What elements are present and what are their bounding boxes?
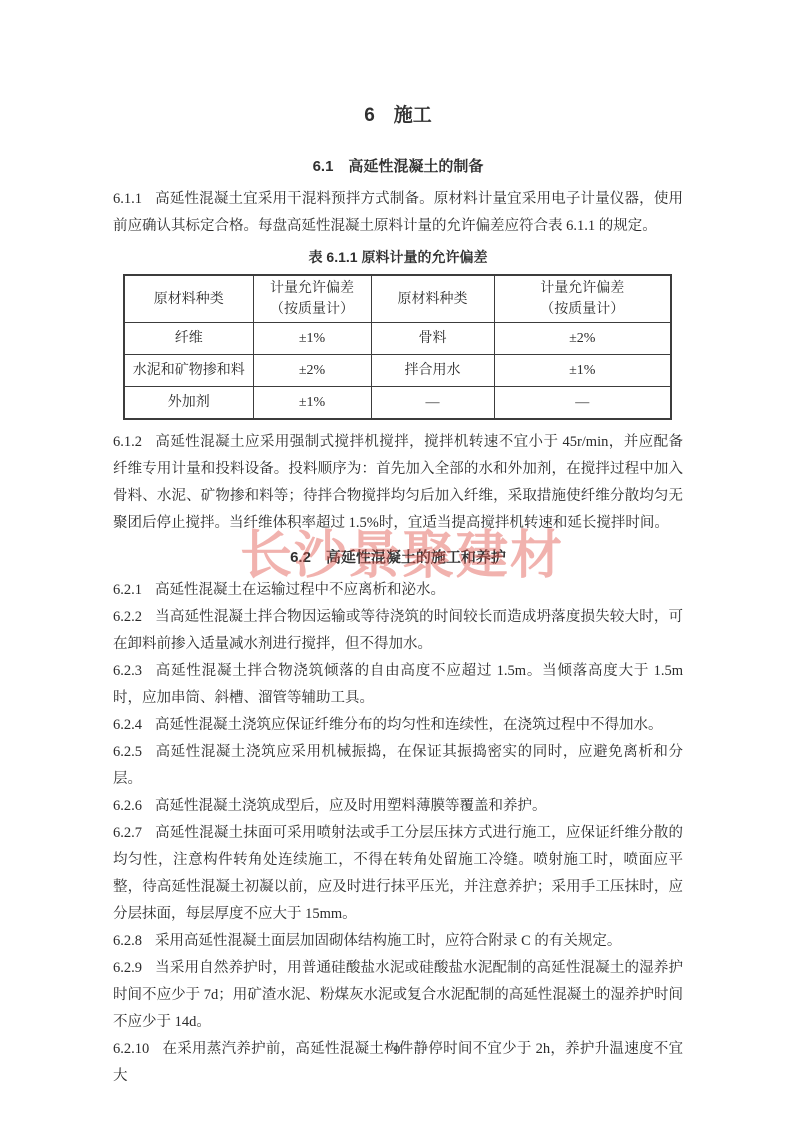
table-cell: —: [371, 387, 494, 420]
table-row: 纤维 ±1% 骨料 ±2%: [124, 323, 671, 355]
table-header-cell: 原材料种类: [371, 275, 494, 323]
table-cell: ±1%: [494, 355, 671, 387]
clause-6.2.7: 6.2.7高延性混凝土抹面可采用喷射法或手工分层压抹方式进行施工，应保证纤维分散…: [113, 820, 683, 928]
clause-number: 6.2.1: [113, 582, 142, 598]
clause-text: 高延性混凝土浇筑应采用机械振捣，在保证其振捣密实的同时，应避免离析和分层。: [113, 744, 683, 787]
table-cell: 拌合用水: [371, 355, 494, 387]
clause-text: 高延性混凝土应采用强制式搅拌机搅拌，搅拌机转速不宜小于 45r/min，并应配备…: [113, 434, 683, 531]
clause-number: 6.2.5: [113, 744, 142, 760]
section-heading-6.1: 6.1 高延性混凝土的制备: [113, 156, 683, 178]
section-heading-6.2: 6.2 高延性混凝土的施工和养护: [113, 547, 683, 569]
table-cell: 纤维: [124, 323, 253, 355]
clause-6.2.5: 6.2.5高延性混凝土浇筑应采用机械振捣，在保证其振捣密实的同时，应避免离析和分…: [113, 739, 683, 793]
document-page: 6 施工 6.1 高延性混凝土的制备 6.1.1高延性混凝土宜采用干混料预拌方式…: [0, 0, 794, 1123]
table-caption: 表 6.1.1 原料计量的允许偏差: [113, 247, 683, 267]
clause-text: 当采用自然养护时，用普通硅酸盐水泥或硅酸盐水泥配制的高延性混凝土的湿养护时间不应…: [113, 960, 683, 1030]
clause-text: 高延性混凝土浇筑成型后，应及时用塑料薄膜等覆盖和养护。: [155, 798, 547, 814]
clause-6.2.8: 6.2.8采用高延性混凝土面层加固砌体结构施工时，应符合附录 C 的有关规定。: [113, 928, 683, 955]
clause-6.2.1: 6.2.1高延性混凝土在运输过程中不应离析和泌水。: [113, 577, 683, 604]
page-number: 9: [0, 1042, 794, 1058]
table-cell: ±2%: [494, 323, 671, 355]
clause-text: 高延性混凝土抹面可采用喷射法或手工分层压抹方式进行施工，应保证纤维分散的均匀性，…: [113, 825, 683, 922]
table-6.1.1: 原材料种类 计量允许偏差 （按质量计） 原材料种类 计量允许偏差 （按质量计） …: [123, 274, 672, 420]
table-cell: ±1%: [253, 323, 371, 355]
page-content: 6 施工 6.1 高延性混凝土的制备 6.1.1高延性混凝土宜采用干混料预拌方式…: [113, 102, 683, 1090]
table-cell: ±2%: [253, 355, 371, 387]
clause-number: 6.1.2: [113, 434, 142, 450]
clause-text: 高延性混凝土宜采用干混料预拌方式制备。原材料计量宜采用电子计量仪器，使用前应确认…: [113, 191, 683, 234]
clause-6.1.2: 6.1.2高延性混凝土应采用强制式搅拌机搅拌，搅拌机转速不宜小于 45r/min…: [113, 429, 683, 537]
table-cell: 外加剂: [124, 387, 253, 420]
clause-number: 6.2.3: [113, 663, 142, 679]
clause-text: 高延性混凝土在运输过程中不应离析和泌水。: [155, 582, 445, 598]
table-row: 外加剂 ±1% — —: [124, 387, 671, 420]
table-header-cell: 计量允许偏差 （按质量计）: [494, 275, 671, 323]
clause-6.2.2: 6.2.2当高延性混凝土拌合物因运输或等待浇筑的时间较长而造成坍落度损失较大时，…: [113, 604, 683, 658]
clause-6.2.3: 6.2.3高延性混凝土拌合物浇筑倾落的自由高度不应超过 1.5m。当倾落高度大于…: [113, 658, 683, 712]
clause-6.2.4: 6.2.4高延性混凝土浇筑应保证纤维分布的均匀性和连续性，在浇筑过程中不得加水。: [113, 712, 683, 739]
clause-number: 6.2.4: [113, 717, 142, 733]
table-cell: —: [494, 387, 671, 420]
clause-number: 6.2.2: [113, 609, 142, 625]
clause-number: 6.2.7: [113, 825, 142, 841]
clause-number: 6.2.6: [113, 798, 142, 814]
clause-6.1.1: 6.1.1高延性混凝土宜采用干混料预拌方式制备。原材料计量宜采用电子计量仪器，使…: [113, 186, 683, 240]
table-header-cell: 原材料种类: [124, 275, 253, 323]
table-cell: 骨料: [371, 323, 494, 355]
clause-number: 6.2.9: [113, 960, 142, 976]
clause-text: 当高延性混凝土拌合物因运输或等待浇筑的时间较长而造成坍落度损失较大时，可在卸料前…: [113, 609, 683, 652]
table-header-cell: 计量允许偏差 （按质量计）: [253, 275, 371, 323]
clause-6.2.9: 6.2.9当采用自然养护时，用普通硅酸盐水泥或硅酸盐水泥配制的高延性混凝土的湿养…: [113, 955, 683, 1036]
clause-number: 6.1.1: [113, 191, 142, 207]
chapter-title: 6 施工: [113, 102, 683, 130]
table-header-row: 原材料种类 计量允许偏差 （按质量计） 原材料种类 计量允许偏差 （按质量计）: [124, 275, 671, 323]
table-cell: ±1%: [253, 387, 371, 420]
clause-6.2.6: 6.2.6高延性混凝土浇筑成型后，应及时用塑料薄膜等覆盖和养护。: [113, 793, 683, 820]
table-row: 水泥和矿物掺和料 ±2% 拌合用水 ±1%: [124, 355, 671, 387]
clause-text: 采用高延性混凝土面层加固砌体结构施工时，应符合附录 C 的有关规定。: [155, 933, 621, 949]
clause-number: 6.2.8: [113, 933, 142, 949]
clause-text: 高延性混凝土浇筑应保证纤维分布的均匀性和连续性，在浇筑过程中不得加水。: [155, 717, 663, 733]
table-cell: 水泥和矿物掺和料: [124, 355, 253, 387]
clause-text: 高延性混凝土拌合物浇筑倾落的自由高度不应超过 1.5m。当倾落高度大于 1.5m…: [113, 663, 683, 706]
